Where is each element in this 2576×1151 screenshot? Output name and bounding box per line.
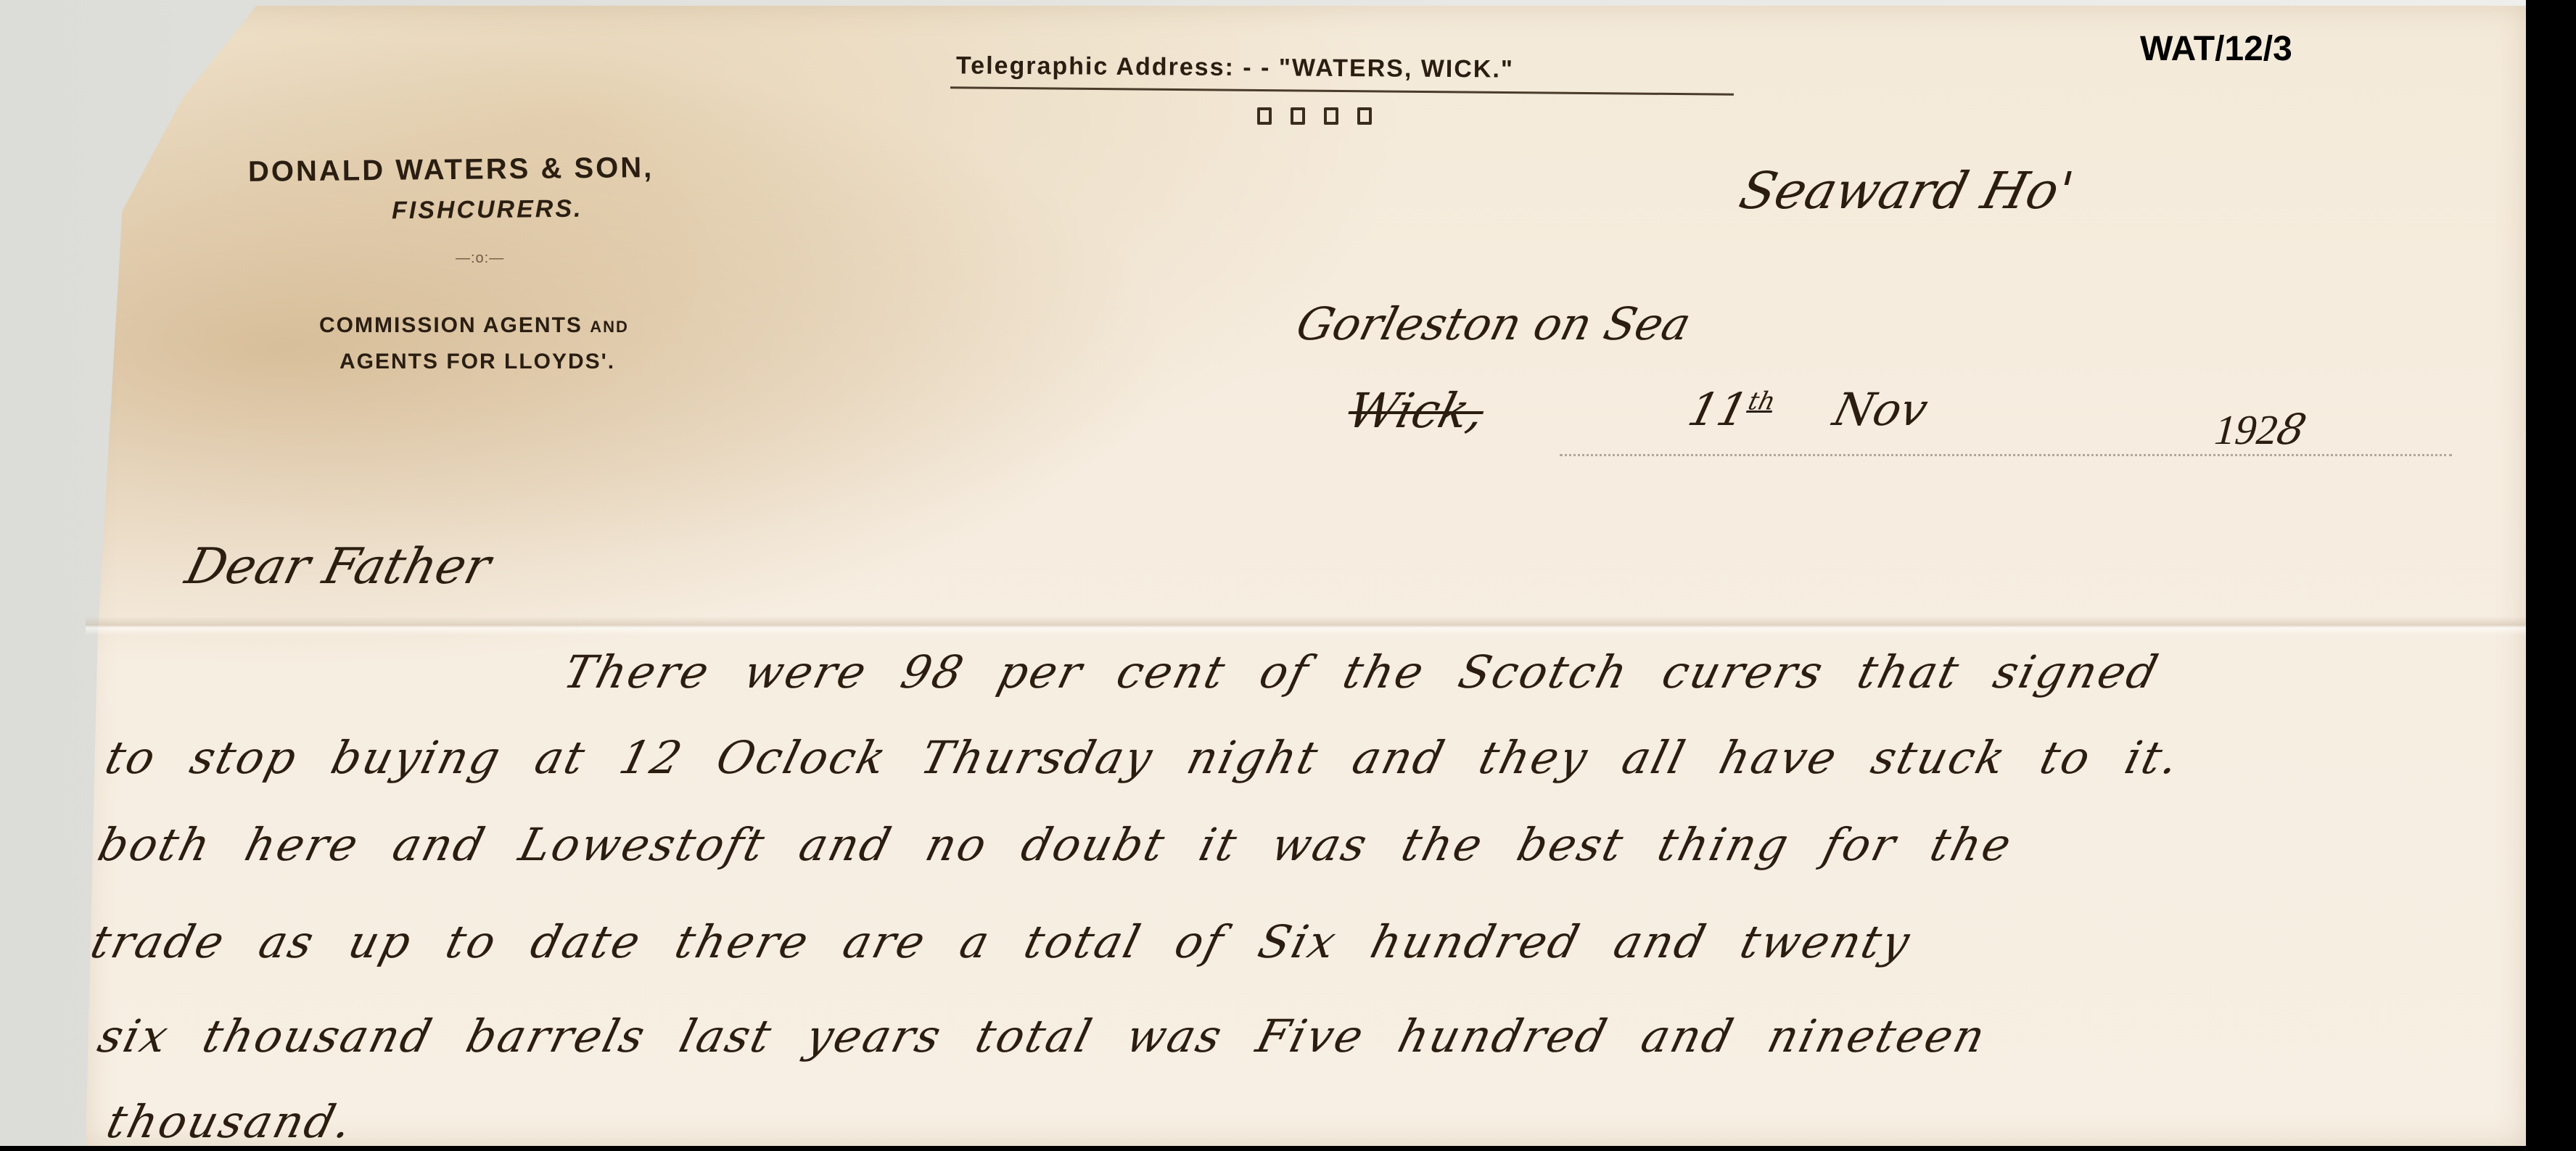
agents-line-2: AGENTS FOR LLOYDS'.	[340, 350, 615, 374]
scan-border-right	[2526, 0, 2576, 1151]
letter-line: thousand.	[102, 1095, 359, 1148]
letter-line: six thousand barrels last years total wa…	[93, 1010, 1992, 1063]
date-day-number: 11	[1683, 383, 1753, 436]
ornament-box-icon	[1291, 107, 1305, 125]
scan-border-bottom	[0, 1146, 2576, 1151]
address-house-name: Seaward Ho'	[1734, 161, 2079, 220]
letterhead-box-ornament	[1257, 107, 1372, 125]
ornament-box-icon	[1357, 107, 1372, 125]
date-year: 1928	[2209, 405, 2311, 454]
ornament-box-icon	[1324, 107, 1338, 125]
date-day: 11th	[1683, 383, 1779, 436]
telegraphic-address: Telegraphic Address: - - "WATERS, WICK."	[956, 51, 1514, 83]
firm-name: DONALD WATERS & SON,	[248, 152, 654, 189]
address-town: Gorleston on Sea	[1291, 297, 1696, 350]
letter-line: trade as up to date there are a total of…	[86, 915, 1917, 968]
salutation: Dear Father	[180, 538, 496, 595]
struck-printed-town: Wick,	[1342, 383, 1491, 439]
ornament-box-icon	[1257, 107, 1272, 125]
agents-line-1-small: AND	[590, 318, 629, 336]
letter-line: There were 98 per cent of the Scotch cur…	[559, 645, 2165, 698]
archive-reference-label: WAT/12/3	[2140, 29, 2292, 69]
date-year-printed: 192	[2209, 406, 2284, 453]
agents-line-1: COMMISSION AGENTS AND	[319, 313, 629, 338]
date-dotted-line	[1560, 454, 2452, 456]
date-month: Nov	[1828, 383, 1933, 436]
firm-trade: FISHCURERS.	[392, 195, 583, 226]
paper-fold-crease	[86, 616, 2526, 635]
letter-line: to stop buying at 12 Oclock Thursday nig…	[100, 731, 2186, 784]
agents-line-1-main: COMMISSION AGENTS	[319, 313, 583, 337]
letter-line: both here and Lowestoft and no doubt it …	[93, 818, 2018, 871]
letterhead-divider-ornament: —:o:—	[456, 250, 504, 267]
